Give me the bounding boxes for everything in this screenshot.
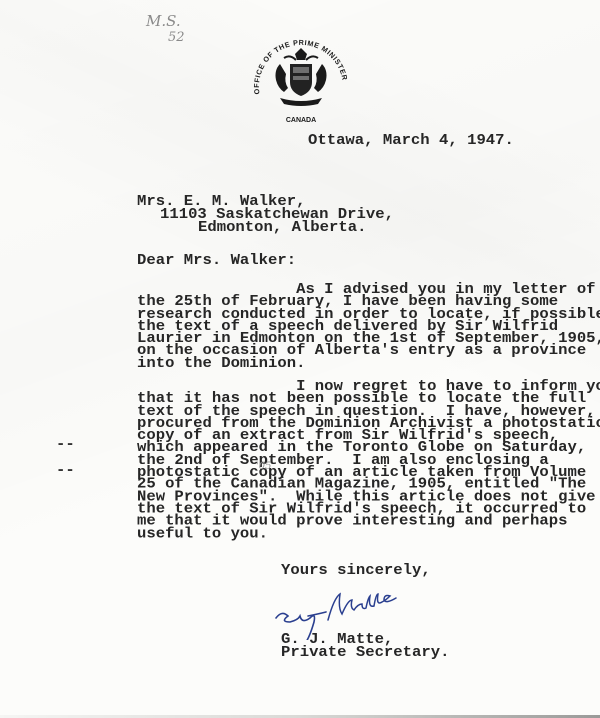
salutation: Dear Mrs. Walker:: [137, 255, 296, 267]
coat-of-arms-icon: OFFICE OF THE PRIME MINISTER CANADA: [246, 34, 356, 130]
handwritten-archive-note: M.S.: [146, 13, 181, 29]
paragraph-line: useful to you.: [137, 528, 600, 540]
letterhead-crest: OFFICE OF THE PRIME MINISTER CANADA: [246, 34, 356, 130]
paragraph-line: into the Dominion.: [137, 357, 600, 369]
paragraph-1: As I advised you in my letter ofthe 25th…: [137, 284, 600, 370]
closing: Yours sincerely,: [281, 565, 431, 577]
letter-date: Ottawa, March 4, 1947.: [308, 135, 514, 147]
recipient-city: Edmonton, Alberta.: [198, 222, 366, 234]
margin-mark: --: [56, 461, 75, 479]
margin-mark: --: [56, 435, 75, 453]
pencil-annotation: '05: [256, 461, 271, 472]
paragraph-2: I now regret to have to inform youthat i…: [137, 381, 600, 540]
letterhead-country: CANADA: [286, 117, 316, 124]
signatory-title: Private Secretary.: [281, 647, 449, 659]
handwritten-archive-number: 52: [168, 30, 185, 46]
